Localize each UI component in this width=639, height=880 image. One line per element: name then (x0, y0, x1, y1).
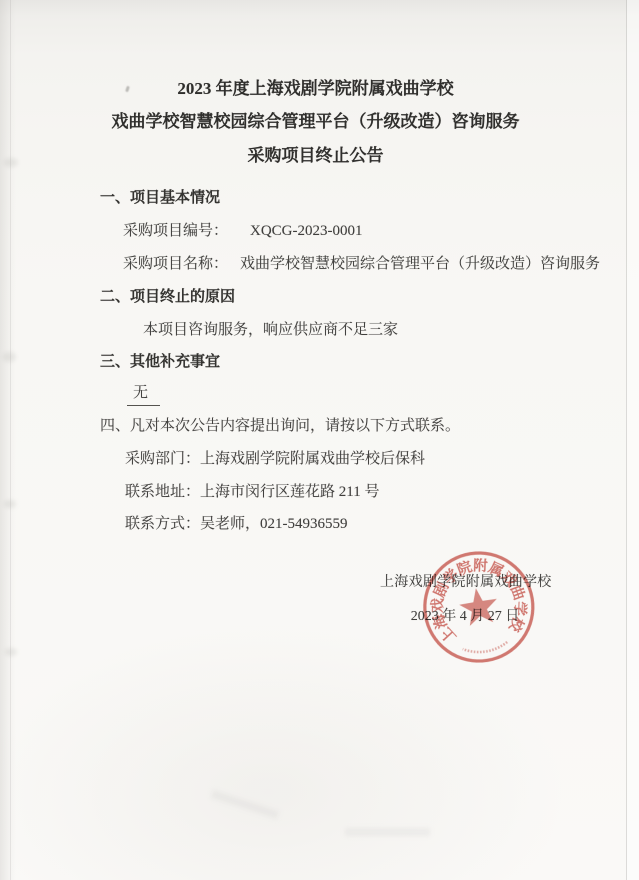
scan-smudge (5, 648, 17, 656)
field-project-name-label: 采购项目名称： (123, 256, 228, 272)
scan-right-fold-line (626, 0, 627, 880)
scan-smudge (3, 352, 16, 362)
field-project-number-label: 采购项目编号： (123, 223, 228, 239)
section-1-heading: 一、项目基本情况 (100, 191, 220, 206)
section-3-heading: 三、其他补充事宜 (100, 355, 220, 370)
termination-reason-text: 本项目咨询服务，响应供应商不足三家 (143, 323, 398, 338)
seal-bottom-microtext (463, 642, 508, 655)
field-project-name-row: 采购项目名称：戏曲学校智慧校园综合管理平台（升级改造）咨询服务 (123, 257, 600, 272)
scan-crease (345, 828, 430, 836)
svg-text:校: 校 (505, 613, 528, 635)
scan-crease (210, 789, 279, 819)
page-title-line-1: 2023 年度上海戏剧学院附属戏曲学校 (0, 80, 631, 97)
scan-right-strip (627, 0, 639, 880)
section-2-heading: 二、项目终止的原因 (100, 290, 235, 305)
field-project-number-row: 采购项目编号：XQCG-2023-0001 (123, 224, 363, 239)
scan-left-edge-shadow (0, 0, 16, 880)
field-project-number-value: XQCG-2023-0001 (250, 224, 363, 239)
scanned-document-page: 2023 年度上海戏剧学院附属戏曲学校 戏曲学校智慧校园综合管理平台（升级改造）… (0, 0, 639, 880)
contact-address: 联系地址：上海市闵行区莲花路 211 号 (125, 485, 379, 500)
seal-star-icon (457, 585, 500, 627)
supplement-none-text: 无 (127, 386, 160, 406)
supplement-none-row: 无 (127, 386, 160, 406)
official-seal-stamp: 上海戏剧学院附属戏曲学校 (409, 538, 549, 678)
section-4-heading: 四、凡对本次公告内容提出询问，请按以下方式联系。 (100, 419, 460, 434)
scan-smudge (4, 500, 16, 508)
page-title-line-2: 戏曲学校智慧校园综合管理平台（升级改造）咨询服务 (0, 113, 631, 130)
field-project-name-value: 戏曲学校智慧校园综合管理平台（升级改造）咨询服务 (240, 257, 600, 272)
contact-method: 联系方式：吴老师，021-54936559 (125, 517, 348, 532)
contact-department: 采购部门：上海戏剧学院附属戏曲学校后保科 (125, 452, 425, 467)
scan-left-edge-line (10, 0, 11, 880)
page-title-line-3: 采购项目终止公告 (0, 147, 631, 164)
